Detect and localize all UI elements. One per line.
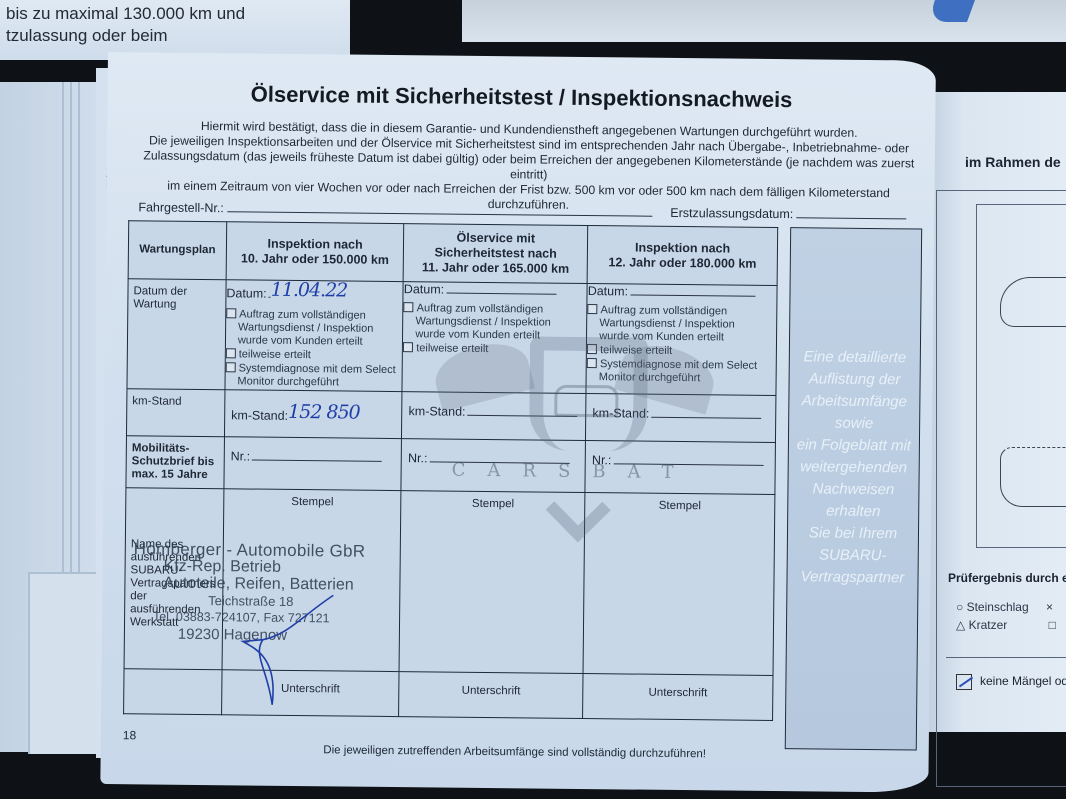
date-input[interactable] — [446, 292, 556, 295]
checkbox-icon[interactable] — [588, 304, 598, 314]
column-header-inspection-12: Inspektion nach 12. Jahr oder 180.000 km — [587, 226, 777, 286]
square-icon: □ — [1049, 618, 1056, 632]
column-header-maintenance-plan: Wartungsplan — [128, 221, 227, 280]
column-header-oil-service-11: Ölservice mit Sicherheitstest nach 11. J… — [403, 224, 588, 284]
triangle-icon: △ — [956, 618, 965, 632]
checkbox-icon[interactable] — [403, 342, 413, 352]
checkbox-icon[interactable] — [226, 348, 236, 358]
date-field[interactable]: Datum: — [588, 284, 777, 300]
nr-field[interactable]: Nr.: — [224, 437, 402, 491]
row-label-empty — [124, 669, 222, 715]
info-sidebar: Eine detaillierteAuflistung derArbeitsum… — [785, 227, 922, 750]
info-sidebar-line: Arbeitsumfänge — [789, 390, 919, 413]
signature-area[interactable]: Unterschrift — [583, 674, 773, 721]
legend-item-stone-chip: ○ Steinschlag × — [956, 600, 1053, 614]
chassis-number-input[interactable] — [227, 210, 652, 216]
column-header-inspection-10: Inspektion nach 10. Jahr oder 150.000 km — [226, 222, 404, 282]
background-page-top-right — [462, 0, 1066, 42]
checkbox-icon[interactable] — [587, 344, 597, 354]
checkbox-icon[interactable] — [226, 362, 236, 372]
option-system-diagnosis[interactable]: Systemdiagnose mit dem SelectMonitor dur… — [225, 362, 402, 390]
nr-input[interactable] — [613, 462, 763, 466]
legend-item-scratch: △ Kratzer □ — [956, 618, 1056, 632]
option-full-order[interactable]: Auftrag zum vollständigenWartungsdienst … — [587, 304, 776, 345]
info-sidebar-line: weitergehenden — [789, 456, 919, 479]
checkbox-icon[interactable] — [587, 358, 597, 368]
background-text-line: bis zu maximal 130.000 km und — [6, 4, 245, 24]
option-full-order[interactable]: Auftrag zum vollständigenWartungsdienst … — [226, 308, 403, 349]
circle-icon: ○ — [956, 600, 963, 614]
blue-marker-blot — [927, 0, 975, 22]
km-field[interactable]: km-Stand: — [586, 394, 776, 443]
car-rear-icon — [1000, 447, 1066, 507]
car-front-icon — [1000, 277, 1066, 327]
date-input[interactable]: 11.04.22 — [271, 279, 348, 302]
stamp-area[interactable]: Stempel — [399, 491, 585, 674]
cross-icon: × — [1046, 600, 1053, 614]
row-label-mobility: Mobilitäts-Schutzbrief bis max. 15 Jahre — [126, 436, 224, 489]
nr-input[interactable] — [252, 459, 382, 462]
option-system-diagnosis[interactable]: Systemdiagnose mit dem SelectMonitor dur… — [587, 358, 776, 386]
option-full-order[interactable]: Auftrag zum vollständigenWartungsdienst … — [403, 302, 586, 343]
signature-scribble-icon — [232, 589, 343, 710]
info-sidebar-line: Vertragspartner — [787, 566, 917, 589]
date-input[interactable] — [630, 293, 755, 296]
nr-field[interactable]: Nr.: — [401, 439, 585, 493]
option-partial[interactable]: teilweise erteilt — [226, 348, 403, 363]
page-edge — [62, 82, 64, 582]
result-title: Prüfergebnis durch en — [948, 571, 1066, 585]
signature-area[interactable]: Unterschrift — [399, 672, 583, 719]
checkbox-icon[interactable] — [226, 308, 236, 318]
info-sidebar-line: Auflistung der — [789, 368, 919, 391]
first-registration-field[interactable]: Erstzulassungsdatum: — [670, 206, 907, 222]
background-page-top-left: bis zu maximal 130.000 km und tzulassung… — [0, 0, 350, 60]
table-header-row: Wartungsplan Inspektion nach 10. Jahr od… — [128, 221, 778, 286]
info-sidebar-line: Nachweisen — [788, 478, 918, 501]
info-sidebar-text: Eine detaillierteAuflistung derArbeitsum… — [787, 346, 920, 589]
date-cell: Datum: Auftrag zum vollständigenWartungs… — [586, 284, 777, 396]
page-edge — [70, 82, 72, 582]
table-row-date: Datum der Wartung Datum:11.04.22 Auftrag… — [127, 279, 777, 396]
nr-input[interactable] — [429, 460, 569, 463]
km-input[interactable] — [651, 416, 761, 419]
checkbox-icon[interactable] — [404, 302, 414, 312]
date-field[interactable]: Datum: — [404, 282, 587, 298]
info-sidebar-line: SUBARU- — [788, 544, 918, 567]
checkbox-checked-icon[interactable] — [956, 674, 972, 690]
km-field[interactable]: km-Stand:152 850 — [224, 390, 402, 439]
table-row-stamp: Name des ausführenden SUBARU-Vertragspar… — [124, 488, 775, 676]
background-page-right: im Rahmen de Prüfergebnis durch en ○ Ste… — [920, 92, 1066, 732]
table-row-mobility: Mobilitäts-Schutzbrief bis max. 15 Jahre… — [126, 436, 776, 495]
page-edge — [78, 82, 80, 582]
chassis-number-label: Fahrgestell-Nr.: — [138, 200, 224, 215]
page-number: 18 — [123, 728, 137, 742]
right-page-title: im Rahmen de — [965, 154, 1061, 170]
info-sidebar-line: Eine detaillierte — [790, 346, 920, 369]
first-registration-input[interactable] — [797, 216, 907, 219]
km-field[interactable]: km-Stand: — [402, 392, 586, 441]
table-row-signature: Unterschrift Unterschrift Unterschrift — [124, 669, 773, 721]
date-field[interactable]: Datum:11.04.22 — [226, 280, 403, 304]
date-cell: Datum: Auftrag zum vollständigenWartungs… — [402, 282, 587, 394]
nr-field[interactable]: Nr.: — [585, 441, 775, 495]
stamp-area[interactable]: Stempel Homberger - Automobile GbR Kfz-R… — [222, 489, 401, 672]
row-label-date: Datum der Wartung — [127, 279, 226, 390]
divider — [946, 657, 1066, 658]
info-sidebar-line: sowie — [789, 412, 919, 435]
info-sidebar-line: Sie bei Ihrem — [788, 522, 918, 545]
document-page: Ölservice mit Sicherheitstest / Inspekti… — [100, 52, 936, 793]
option-partial[interactable]: teilweise erteilt — [587, 344, 776, 359]
page-title: Ölservice mit Sicherheitstest / Inspekti… — [107, 80, 935, 115]
stamp-area[interactable]: Stempel — [583, 493, 775, 676]
km-input[interactable] — [467, 414, 577, 417]
maintenance-table: Wartungsplan Inspektion nach 10. Jahr od… — [123, 220, 778, 721]
km-input[interactable]: 152 850 — [288, 401, 360, 424]
option-partial[interactable]: teilweise erteilt — [403, 342, 586, 357]
row-label-km: km-Stand — [126, 389, 224, 437]
info-sidebar-line: ein Folgeblatt mit — [789, 434, 919, 457]
background-text-line: tzulassung oder beim — [6, 26, 168, 46]
table-row-km: km-Stand km-Stand:152 850 km-Stand: km-S… — [126, 389, 775, 443]
no-defects-option[interactable]: keine Mängel od — [956, 674, 1066, 690]
info-sidebar-line: erhalten — [788, 500, 918, 523]
date-cell: Datum:11.04.22 Auftrag zum vollständigen… — [225, 280, 404, 392]
first-registration-label: Erstzulassungsdatum: — [670, 206, 793, 221]
